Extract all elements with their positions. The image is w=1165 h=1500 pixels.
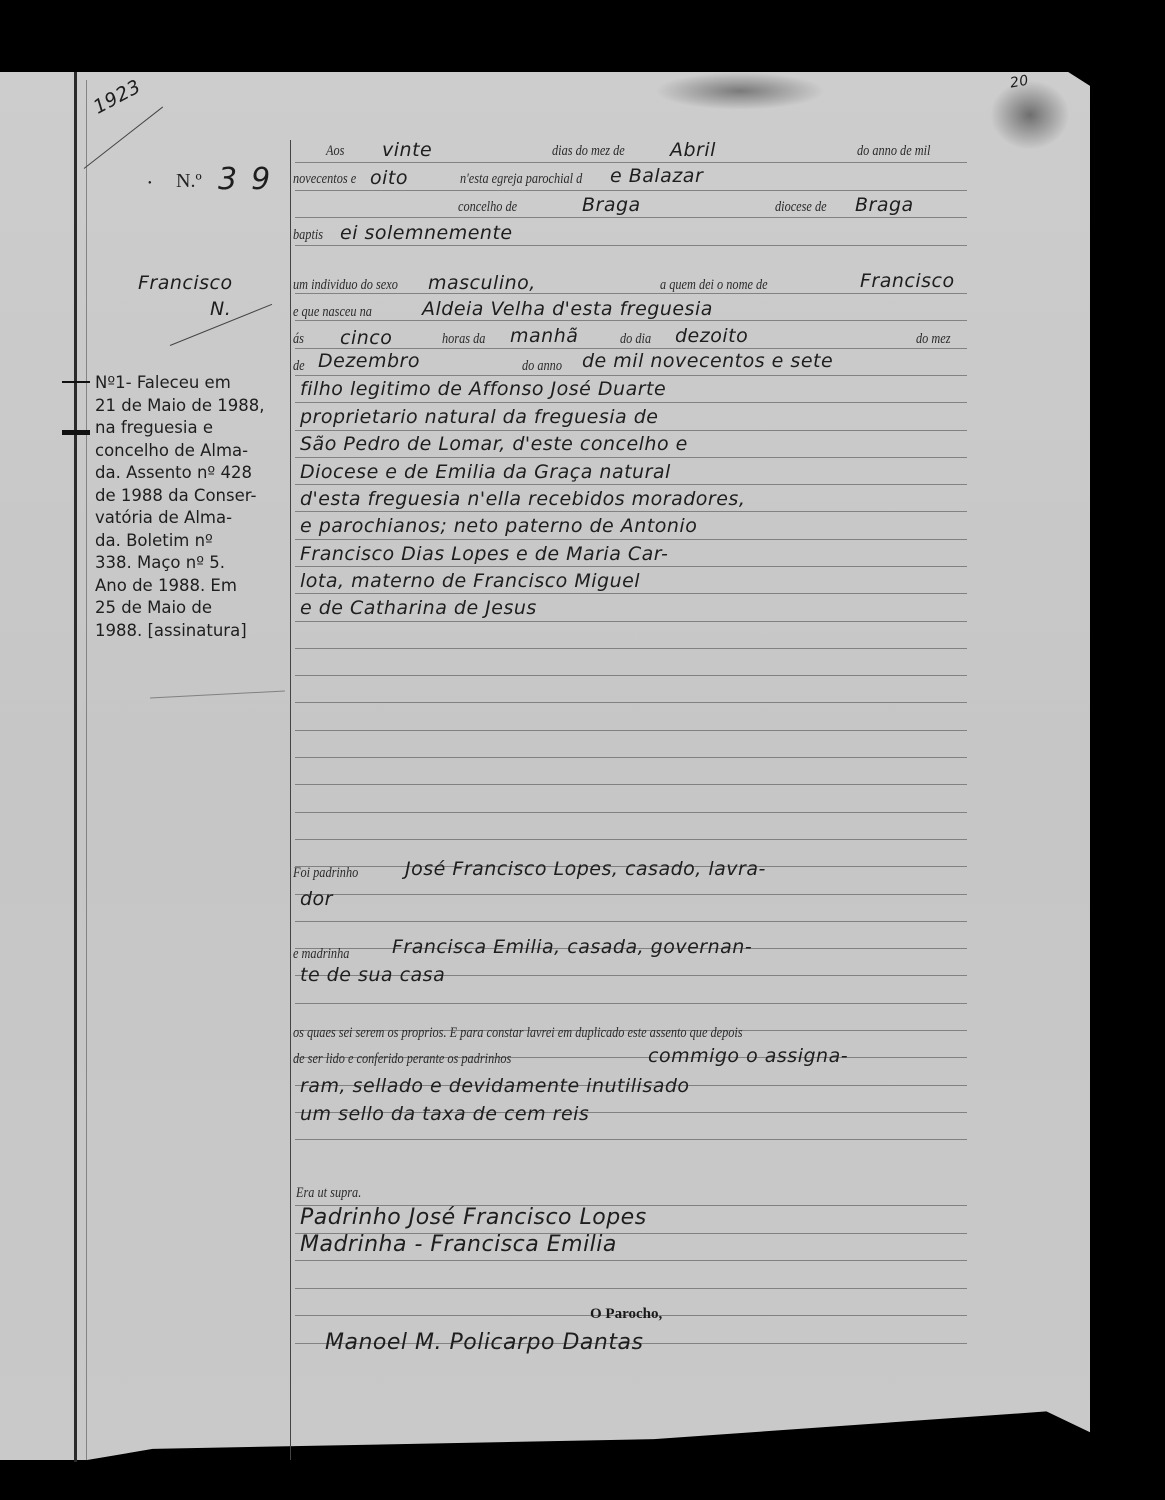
ruled-line <box>295 921 967 922</box>
closing-line-2: de ser lido e conferido perante os padri… <box>293 1051 511 1068</box>
ruled-line <box>295 217 967 218</box>
ruled-line <box>295 457 967 458</box>
form-novecentos: novecentos e <box>293 171 356 188</box>
form-do-mez: do mez <box>916 331 951 348</box>
bullet: ● <box>148 180 152 186</box>
body-line: Diocese e de Emilia da Graça natural <box>300 461 671 483</box>
ruled-line <box>295 675 967 676</box>
padrinho-line-2: dor <box>300 888 333 910</box>
madrinha-line-1: Francisca Emilia, casada, governan- <box>392 936 752 958</box>
year-value: oito <box>370 167 408 189</box>
form-diocese: diocese de <box>775 199 827 216</box>
annotation-line: na freguesia e <box>95 417 295 440</box>
sex-value: masculino, <box>428 272 536 294</box>
form-egreja-parochial: n'esta egreja parochial d <box>460 171 582 188</box>
ruled-line <box>295 1288 967 1289</box>
body-line: filho legitimo de Affonso José Duarte <box>300 378 666 400</box>
annotation-line: da. Boletim nº <box>95 530 295 553</box>
death-annotation: Nº1- Faleceu em21 de Maio de 1988,na fre… <box>95 372 295 642</box>
signature-parocho: Manoel M. Policarpo Dantas <box>325 1330 643 1355</box>
record-number: 39 <box>218 162 284 197</box>
closing-hand-3: um sello da taxa de cem reis <box>300 1103 589 1125</box>
form-anno-de-mil: do anno de mil <box>857 143 930 160</box>
form-baptis: baptis <box>293 227 323 244</box>
ruled-line <box>295 894 967 895</box>
body-line: d'esta freguesia n'ella recebidos morado… <box>300 488 745 510</box>
form-horas-da: horas da <box>442 331 485 348</box>
ruled-line <box>295 511 967 512</box>
ruled-line <box>295 375 967 376</box>
annotation-line: Ano de 1988. Em <box>95 575 295 598</box>
body-line: proprietario natural da freguesia de <box>300 406 658 428</box>
form-e-madrinha: e madrinha <box>293 946 349 963</box>
ruled-line <box>295 320 967 321</box>
signature-padrinho: Padrinho José Francisco Lopes <box>300 1205 647 1230</box>
padrinho-line-1: José Francisco Lopes, casado, lavra- <box>405 858 766 880</box>
month-value: Abril <box>670 139 716 161</box>
ruled-line <box>295 190 967 191</box>
ruled-line <box>295 348 967 349</box>
ruled-line <box>295 566 967 567</box>
era-ut-supra: Era ut supra. <box>296 1185 361 1202</box>
form-aos: Aos <box>326 143 344 160</box>
ruled-line <box>295 430 967 431</box>
binding-gutter <box>74 72 77 1462</box>
binding-tie-mark <box>62 381 90 383</box>
annotation-line: vatória de Alma- <box>95 507 295 530</box>
page-number: 20 <box>1009 72 1030 91</box>
margin-baptized-name: Francisco <box>138 272 233 294</box>
annotation-line: da. Assento nº 428 <box>95 462 295 485</box>
ruled-line <box>295 1003 967 1004</box>
ruled-line <box>295 1139 967 1140</box>
scan-smudge-corner <box>990 80 1070 150</box>
ruled-line <box>295 539 967 540</box>
signature-madrinha: Madrinha - Francisca Emilia <box>300 1232 617 1257</box>
ruled-line <box>295 730 967 731</box>
form-as: ás <box>293 331 304 348</box>
baptism-manner: ei solemnemente <box>340 222 513 244</box>
margin-name-mark: N. <box>210 298 231 320</box>
ruled-line <box>295 702 967 703</box>
birth-year-value: de mil novecentos e sete <box>582 350 833 372</box>
ruled-line <box>295 162 967 163</box>
body-line: São Pedro de Lomar, d'este concelho e <box>300 433 688 455</box>
form-left-rule <box>290 140 291 1460</box>
body-line: e parochianos; neto paterno de Antonio <box>300 515 697 537</box>
closing-line-1: os quaes sei serem os proprios. E para c… <box>293 1025 743 1042</box>
birth-month-value: Dezembro <box>318 350 420 372</box>
diocese-value: Braga <box>855 194 914 216</box>
annotation-line: 338. Maço nº 5. <box>95 552 295 575</box>
annotation-line: concelho de Alma- <box>95 440 295 463</box>
closing-hand-1: commigo o assigna- <box>648 1045 848 1067</box>
binding-tie-mark <box>62 430 90 435</box>
form-nome-de: a quem dei o nome de <box>660 277 768 294</box>
time-of-day-value: manhã <box>510 325 578 347</box>
form-nasceu-na: e que nasceu na <box>293 304 372 321</box>
body-line: Francisco Dias Lopes e de Maria Car- <box>300 543 668 565</box>
record-number-label: N.º <box>176 170 202 193</box>
birth-day-value: dezoito <box>675 325 748 347</box>
body-line: e de Catharina de Jesus <box>300 597 537 619</box>
ruled-line <box>295 402 967 403</box>
concelho-value: Braga <box>582 194 641 216</box>
closing-hand-2: ram, sellado e devidamente inutilisado <box>300 1075 690 1097</box>
ruled-line <box>295 245 967 246</box>
given-name-value: Francisco <box>860 270 955 292</box>
ruled-line <box>295 484 967 485</box>
ruled-line <box>295 812 967 813</box>
form-concelho: concelho de <box>458 199 517 216</box>
form-foi-padrinho: Foi padrinho <box>293 865 358 882</box>
madrinha-line-2: te de sua casa <box>300 964 445 986</box>
parocho-label: O Parocho, <box>590 1306 662 1323</box>
form-de: de <box>293 358 305 375</box>
hour-value: cinco <box>340 327 392 349</box>
form-sexo: um individuo do sexo <box>293 277 398 294</box>
ruled-line <box>295 593 967 594</box>
ruled-line <box>295 621 967 622</box>
form-dias-do-mez: dias do mez de <box>552 143 625 160</box>
scan-smudge <box>655 72 825 110</box>
ruled-line <box>295 784 967 785</box>
annotation-line: Nº1- Faleceu em <box>95 372 295 395</box>
annotation-line: 1988. [assinatura] <box>95 620 295 643</box>
body-line: lota, materno de Francisco Miguel <box>300 570 640 592</box>
ruled-line <box>295 839 967 840</box>
ruled-line <box>295 648 967 649</box>
parish-value: e Balazar <box>610 165 703 187</box>
form-do-anno: do anno <box>522 358 562 375</box>
ruled-line <box>295 757 967 758</box>
binding-thread <box>86 80 87 1460</box>
ruled-line <box>295 1260 967 1261</box>
annotation-line: 21 de Maio de 1988, <box>95 395 295 418</box>
annotation-line: 25 de Maio de <box>95 597 295 620</box>
birthplace-value: Aldeia Velha d'esta freguesia <box>422 298 713 320</box>
day-value: vinte <box>382 139 432 161</box>
form-do-dia: do dia <box>620 331 651 348</box>
annotation-line: de 1988 da Conser- <box>95 485 295 508</box>
